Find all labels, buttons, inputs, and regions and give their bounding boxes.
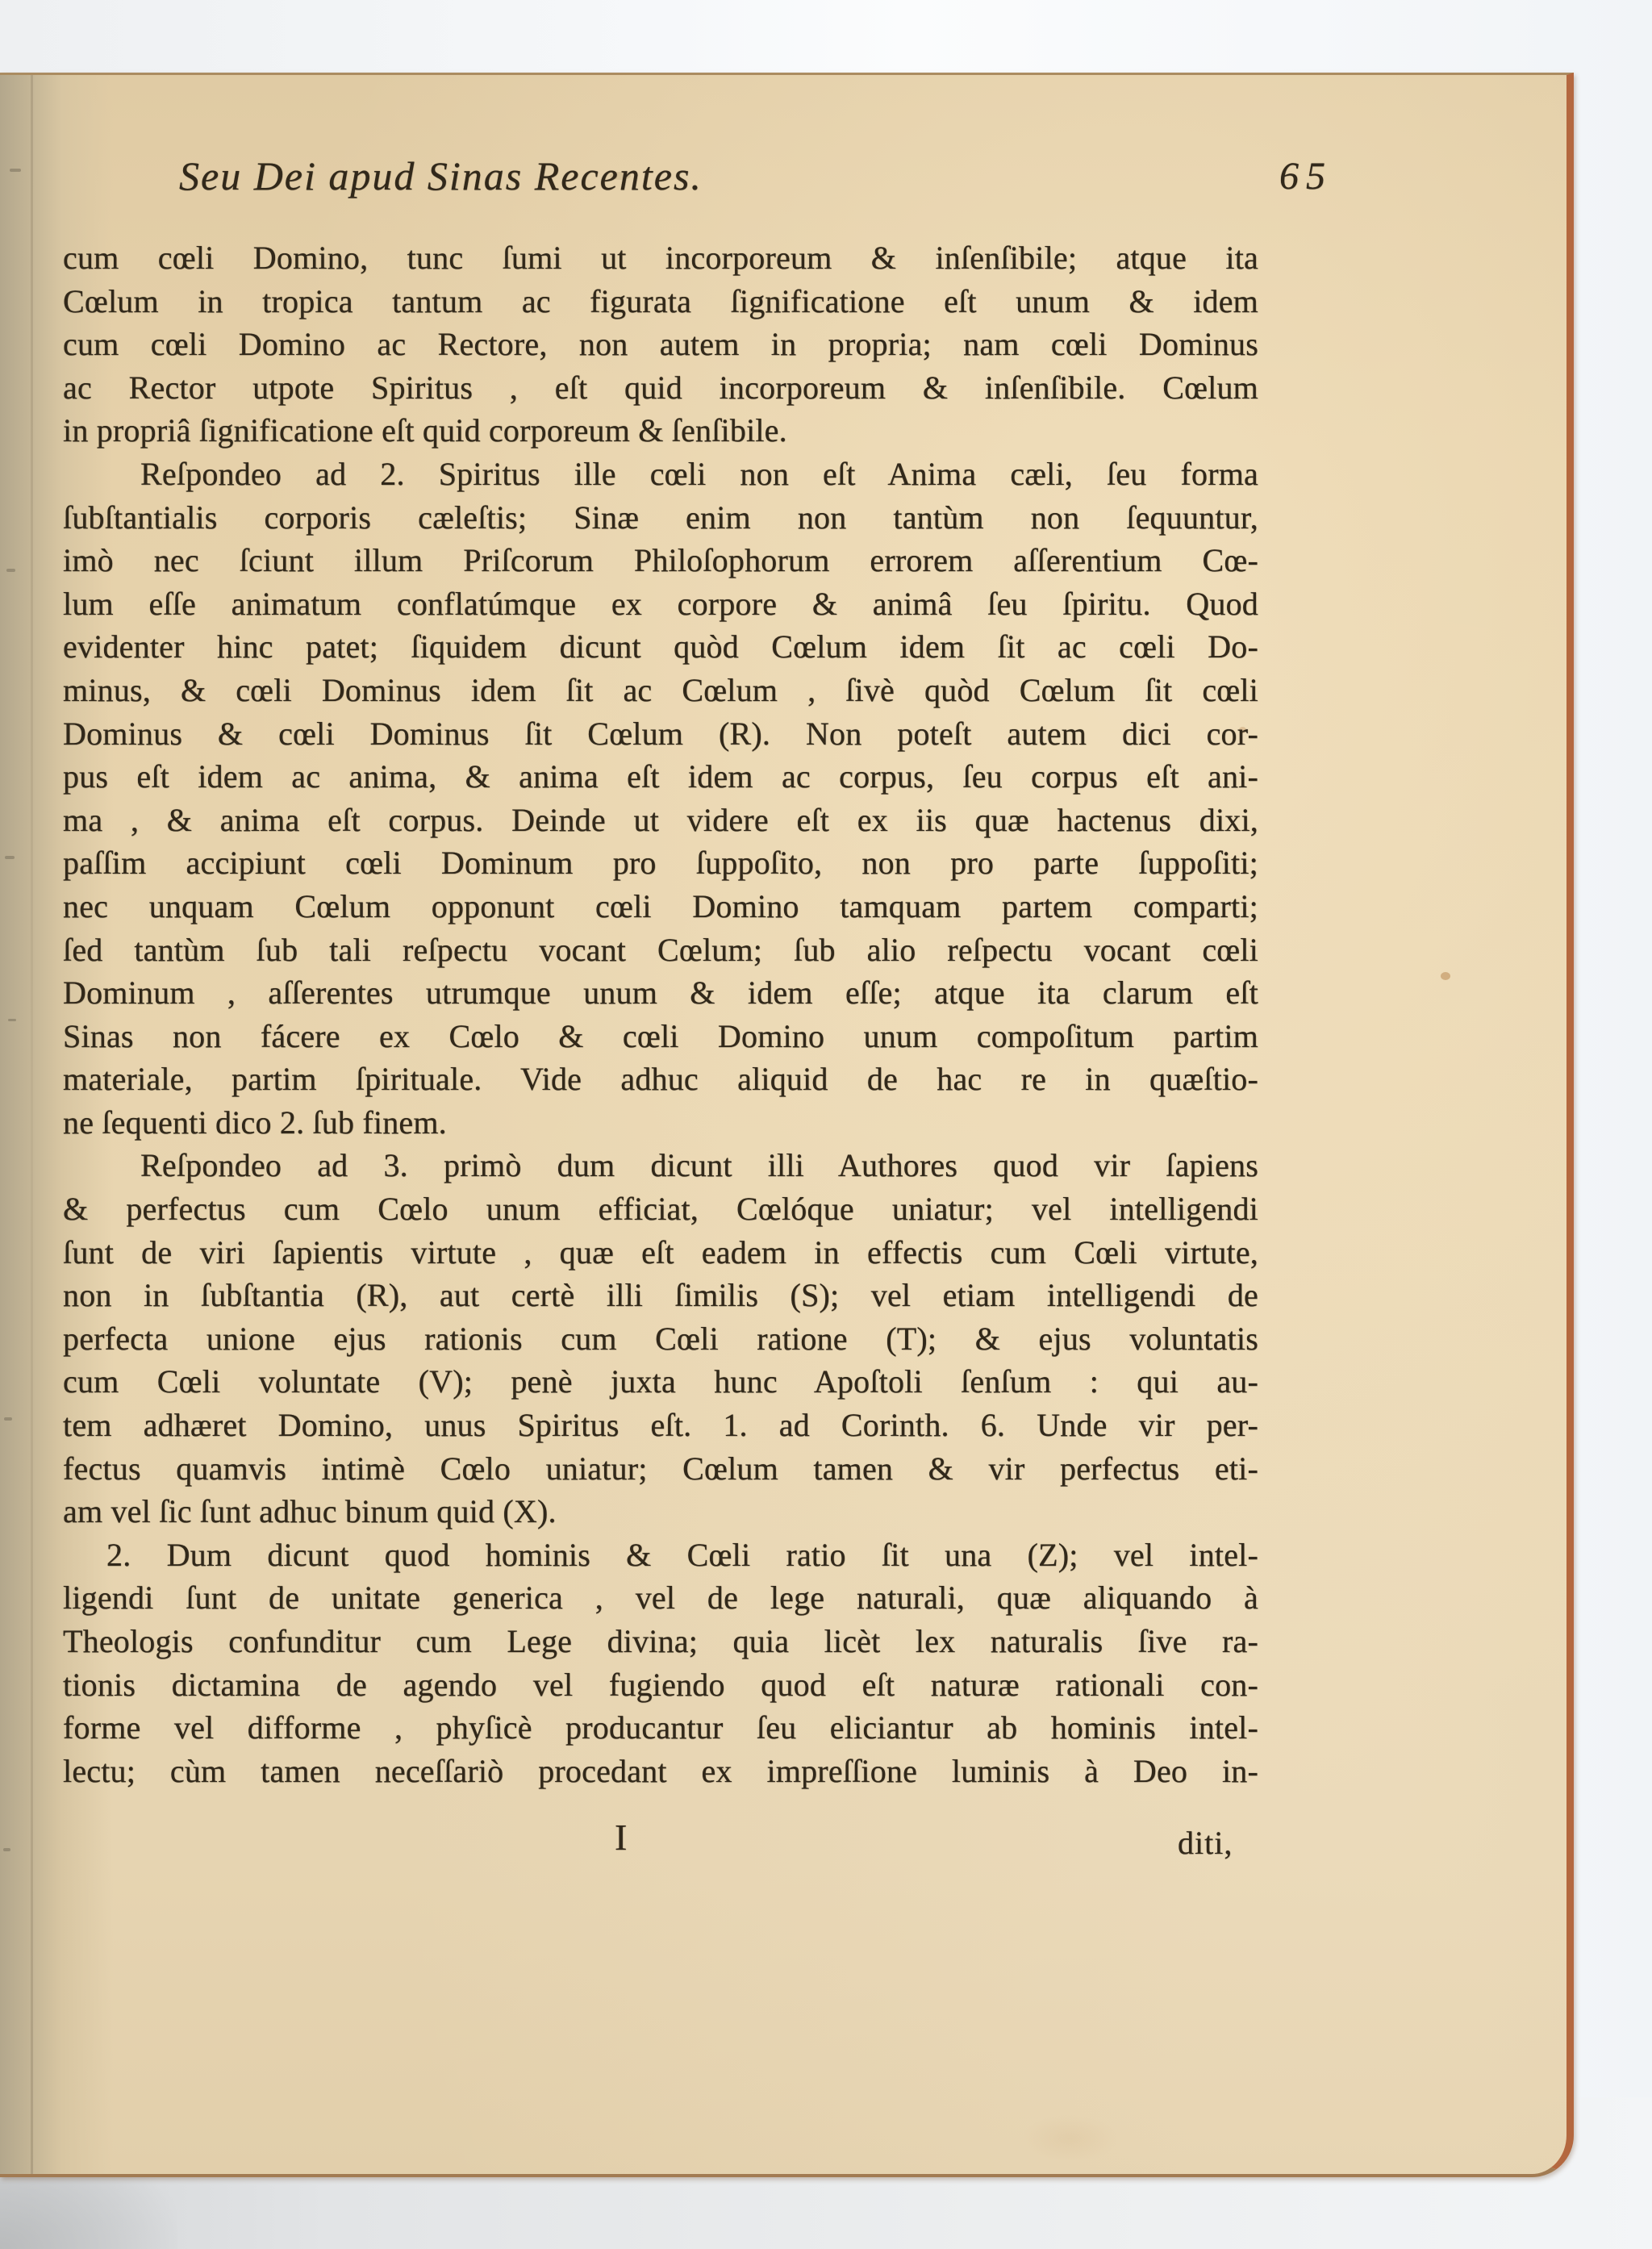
book-page: Seu Dei apud Sinas Recentes. 65 cum cœli… xyxy=(0,73,1574,2177)
text-line: ſed tantùm ſub tali reſpectu vocant Cœlu… xyxy=(63,928,1258,972)
text-line: fectus quamvis intimè Cœlo uniatur; Cœlu… xyxy=(63,1447,1258,1491)
text-line: Dominus & cœli Dominus ſit Cœlum (R). No… xyxy=(63,712,1258,756)
text-line: pus eſt idem ac anima, & anima eſt idem … xyxy=(63,755,1258,799)
signature-mark: I xyxy=(615,1816,627,1859)
gutter-speck xyxy=(10,169,21,172)
text-line: Cœlum in tropica tantum ac figurata ſign… xyxy=(63,280,1258,323)
catchword: diti, xyxy=(1178,1824,1233,1862)
text-line: non in ſubſtantia (R), aut certè illi ſi… xyxy=(63,1274,1258,1317)
text-line: minus, & cœli Dominus idem ſit ac Cœlum … xyxy=(63,669,1258,712)
gutter-speck xyxy=(8,1019,16,1021)
text-line: Sinas non fácere ex Cœlo & cœli Domino u… xyxy=(63,1015,1258,1058)
text-line: 2. Dum dicunt quod hominis & Cœli ratio … xyxy=(63,1533,1258,1577)
text-line: Reſpondeo ad 3. primò dum dicunt illi Au… xyxy=(63,1144,1258,1187)
screenshot-root: { "page": { "header": { "title": "Seu De… xyxy=(0,0,1652,2249)
foxing-stain xyxy=(1441,972,1450,980)
text-line: forme vel difforme , phyſicè producantur… xyxy=(63,1706,1258,1750)
paragraph: 2. Dum dicunt quod hominis & Cœli ratio … xyxy=(63,1533,1258,1793)
page-number: 65 xyxy=(1279,154,1333,198)
text-line: materiale, partim ſpirituale. Vide adhuc… xyxy=(63,1058,1258,1101)
paragraph: Reſpondeo ad 2. Spiritus ille cœli non e… xyxy=(63,453,1258,1145)
text-line: ſunt de viri ſapientis virtute , quæ eſt… xyxy=(63,1231,1258,1275)
text-line: tem adhæret Domino, unus Spiritus eſt. 1… xyxy=(63,1404,1258,1447)
gutter-speck xyxy=(5,856,15,859)
text-line: cum Cœli voluntate (V); penè juxta hunc … xyxy=(63,1360,1258,1404)
text-line: ma , & anima eſt corpus. Deinde ut vider… xyxy=(63,799,1258,842)
text-line: Reſpondeo ad 2. Spiritus ille cœli non e… xyxy=(63,453,1258,496)
gutter-speck xyxy=(6,569,15,572)
running-title: Seu Dei apud Sinas Recentes. xyxy=(179,152,703,199)
text-line: cum cœli Domino, tunc ſumi ut incorporeu… xyxy=(63,236,1258,280)
gutter-speck xyxy=(3,1848,10,1851)
text-line: Dominum , aſſerentes utrumque unum & ide… xyxy=(63,971,1258,1015)
text-line: ac Rector utpote Spiritus , eſt quid inc… xyxy=(63,366,1258,410)
text-line: perfecta unione ejus rationis cum Cœli r… xyxy=(63,1317,1258,1361)
text-block: cum cœli Domino, tunc ſumi ut incorporeu… xyxy=(63,236,1258,1792)
text-line: lectu; cùm tamen neceſſariò procedant ex… xyxy=(63,1750,1258,1793)
text-line: ſubſtantialis corporis cæleſtis; Sinæ en… xyxy=(63,496,1258,540)
text-line: evidenter hinc patet; ſiquidem dicunt qu… xyxy=(63,625,1258,669)
text-line: & perfectus cum Cœlo unum efficiat, Cœló… xyxy=(63,1187,1258,1231)
paragraph: Reſpondeo ad 3. primò dum dicunt illi Au… xyxy=(63,1144,1258,1533)
text-line: nec unquam Cœlum opponunt cœli Domino ta… xyxy=(63,885,1258,928)
foxing-stain xyxy=(1021,2114,1118,2163)
text-line: lum eſſe animatum conflatúmque ex corpor… xyxy=(63,582,1258,626)
text-line: Theologis confunditur cum Lege divina; q… xyxy=(63,1620,1258,1663)
text-line: ne ſequenti dico 2. ſub finem. xyxy=(63,1101,1258,1145)
text-line: in propriâ ſignificatione eſt quid corpo… xyxy=(63,409,1258,453)
text-line: ligendi ſunt de unitate generica , vel d… xyxy=(63,1576,1258,1620)
gutter-crease-line xyxy=(31,75,33,2174)
text-line: am vel ſic ſunt adhuc binum quid (X). xyxy=(63,1490,1258,1533)
text-line: imò nec ſciunt illum Priſcorum Philoſoph… xyxy=(63,539,1258,582)
text-line: tionis dictamina de agendo vel fugiendo … xyxy=(63,1663,1258,1707)
text-line: paſſim accipiunt cœli Dominum pro ſuppoſ… xyxy=(63,841,1258,885)
gutter-speck xyxy=(4,1417,12,1421)
text-line: cum cœli Domino ac Rectore, non autem in… xyxy=(63,323,1258,366)
paragraph: cum cœli Domino, tunc ſumi ut incorporeu… xyxy=(63,236,1258,453)
